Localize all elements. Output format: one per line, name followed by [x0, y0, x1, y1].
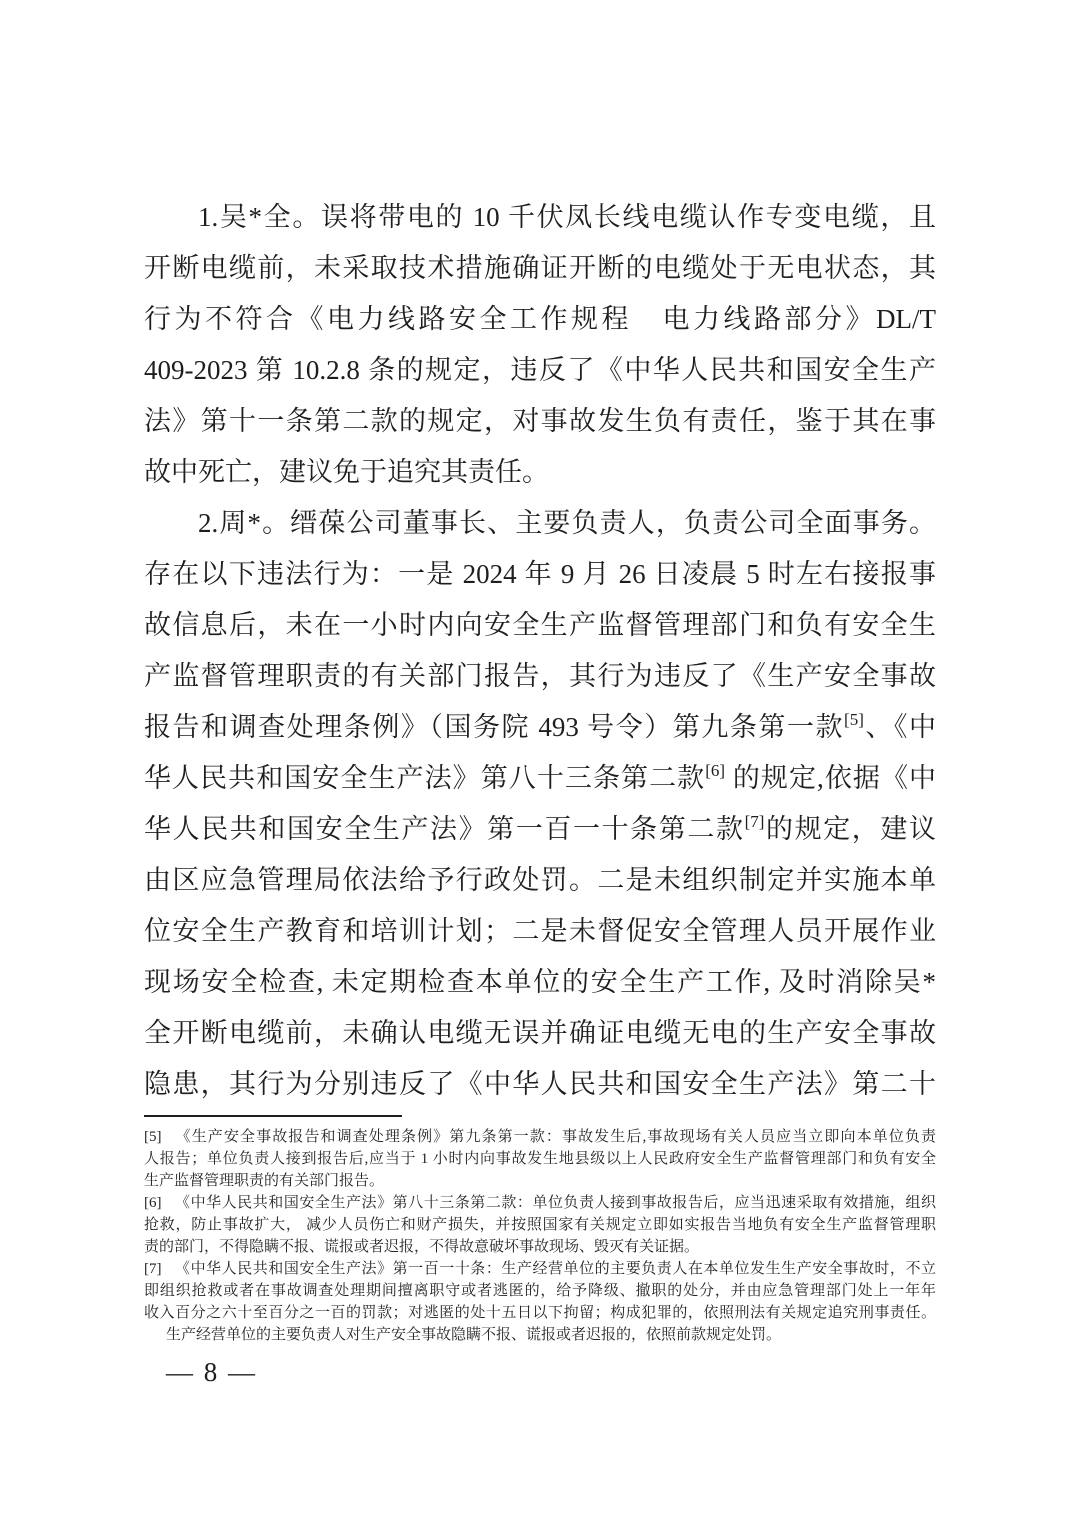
- document-page: 1.吴*全。误将带电的 10 千伏凤长线电缆认作专变电缆，且开断电缆前，未采取技…: [0, 0, 1074, 1520]
- footnote-marker: [7]: [144, 1261, 162, 1277]
- body-line: 409-2023 第 10.2.8 条的规定，违反了《中华人民共和国安全生产: [144, 345, 936, 396]
- footnote-marker: [6]: [144, 1195, 162, 1211]
- footnote-line: [7]《中华人民共和国安全生产法》第一百一十条：生产经营单位的主要负责人在本单位…: [144, 1258, 936, 1280]
- body-line: 存在以下违法行为：一是 2024 年 9 月 26 日凌晨 5 时左右接报事: [144, 549, 936, 600]
- body-line: 故信息后，未在一小时内向安全生产监督管理部门和负有安全生: [144, 600, 936, 651]
- body-line: 开断电缆前，未采取技术措施确证开断的电缆处于无电状态，其: [144, 243, 936, 294]
- footnote-marker: [5]: [144, 1129, 162, 1145]
- footnote-line: [5]《生产安全事故报告和调查处理条例》第九条第一款：事故发生后,事故现场有关人…: [144, 1126, 936, 1148]
- footnote-ref: [7]: [745, 812, 765, 831]
- body-line: 2.周*。缙葆公司董事长、主要负责人，负责公司全面事务。: [144, 498, 936, 549]
- body-line: 故中死亡，建议免于追究其责任。: [144, 447, 936, 498]
- body-line: 华人民共和国安全生产法》第八十三条第二款[6] 的规定,依据《中: [144, 753, 936, 804]
- body-line: 产监督管理职责的有关部门报告，其行为违反了《生产安全事故: [144, 651, 936, 702]
- footnote-line: 生产经营单位的主要负责人对生产安全事故隐瞒不报、谎报或者迟报的，依照前款规定处罚…: [144, 1324, 936, 1346]
- footnote-line: 即组织抢救或者在事故调查处理期间擅离职守或者逃匿的，给予降级、撤职的处分，并由应…: [144, 1280, 936, 1302]
- footnote-line: [6]《中华人民共和国安全生产法》第八十三条第二款：单位负责人接到事故报告后，应…: [144, 1192, 936, 1214]
- footnote-line: 收入百分之六十至百分之一百的罚款；对逃匿的处十五日以下拘留；构成犯罪的，依照刑法…: [144, 1302, 936, 1324]
- body-line: 隐患，其行为分别违反了《中华人民共和国安全生产法》第二十: [144, 1059, 936, 1110]
- body-line: 由区应急管理局依法给予行政处罚。二是未组织制定并实施本单: [144, 855, 936, 906]
- body-line: 1.吴*全。误将带电的 10 千伏凤长线电缆认作专变电缆，且: [144, 192, 936, 243]
- paragraph: 2.周*。缙葆公司董事长、主要负责人，负责公司全面事务。存在以下违法行为：一是 …: [144, 498, 936, 1110]
- footnote-line: 抢救，防止事故扩大， 减少人员伤亡和财产损失，并按照国家有关规定立即如实报告当地…: [144, 1214, 936, 1236]
- body-line: 法》第十一条第二款的规定，对事故发生负有责任，鉴于其在事: [144, 396, 936, 447]
- footnote: [5]《生产安全事故报告和调查处理条例》第九条第一款：事故发生后,事故现场有关人…: [144, 1126, 936, 1192]
- footnotes-section: [5]《生产安全事故报告和调查处理条例》第九条第一款：事故发生后,事故现场有关人…: [144, 1126, 936, 1346]
- body-line: 报告和调查处理条例》（国务院 493 号令）第九条第一款[5]、《中: [144, 702, 936, 753]
- footnote-ref: [5]: [844, 710, 864, 729]
- body-line: 全开断电缆前，未确认电缆无误并确证电缆无电的生产安全事故: [144, 1008, 936, 1059]
- footnote-line: 责的部门，不得隐瞒不报、谎报或者迟报，不得故意破坏事故现场、毁灭有关证据。: [144, 1236, 936, 1258]
- page-number: — 8 —: [166, 1352, 257, 1392]
- body-line: 华人民共和国安全生产法》第一百一十条第二款[7]的规定，建议: [144, 804, 936, 855]
- footnote-line: 人报告；单位负责人接到报告后,应当于 1 小时内向事故发生地县级以上人民政府安全…: [144, 1148, 936, 1170]
- footnote-line: 生产监督管理职责的有关部门报告。: [144, 1170, 936, 1192]
- footnote-separator: [144, 1115, 402, 1117]
- footnote-ref: [6]: [705, 761, 725, 780]
- body-line: 位安全生产教育和培训计划；二是未督促安全管理人员开展作业: [144, 906, 936, 957]
- footnote: [7]《中华人民共和国安全生产法》第一百一十条：生产经营单位的主要负责人在本单位…: [144, 1258, 936, 1346]
- body-line: 现场安全检查, 未定期检查本单位的安全生产工作, 及时消除吴*: [144, 957, 936, 1008]
- footnote: [6]《中华人民共和国安全生产法》第八十三条第二款：单位负责人接到事故报告后，应…: [144, 1192, 936, 1258]
- body-line: 行为不符合《电力线路安全工作规程 电力线路部分》DL/T: [144, 294, 936, 345]
- paragraph: 1.吴*全。误将带电的 10 千伏凤长线电缆认作专变电缆，且开断电缆前，未采取技…: [144, 192, 936, 498]
- body-paragraphs: 1.吴*全。误将带电的 10 千伏凤长线电缆认作专变电缆，且开断电缆前，未采取技…: [144, 192, 936, 1110]
- document-body: 1.吴*全。误将带电的 10 千伏凤长线电缆认作专变电缆，且开断电缆前，未采取技…: [144, 192, 936, 1346]
